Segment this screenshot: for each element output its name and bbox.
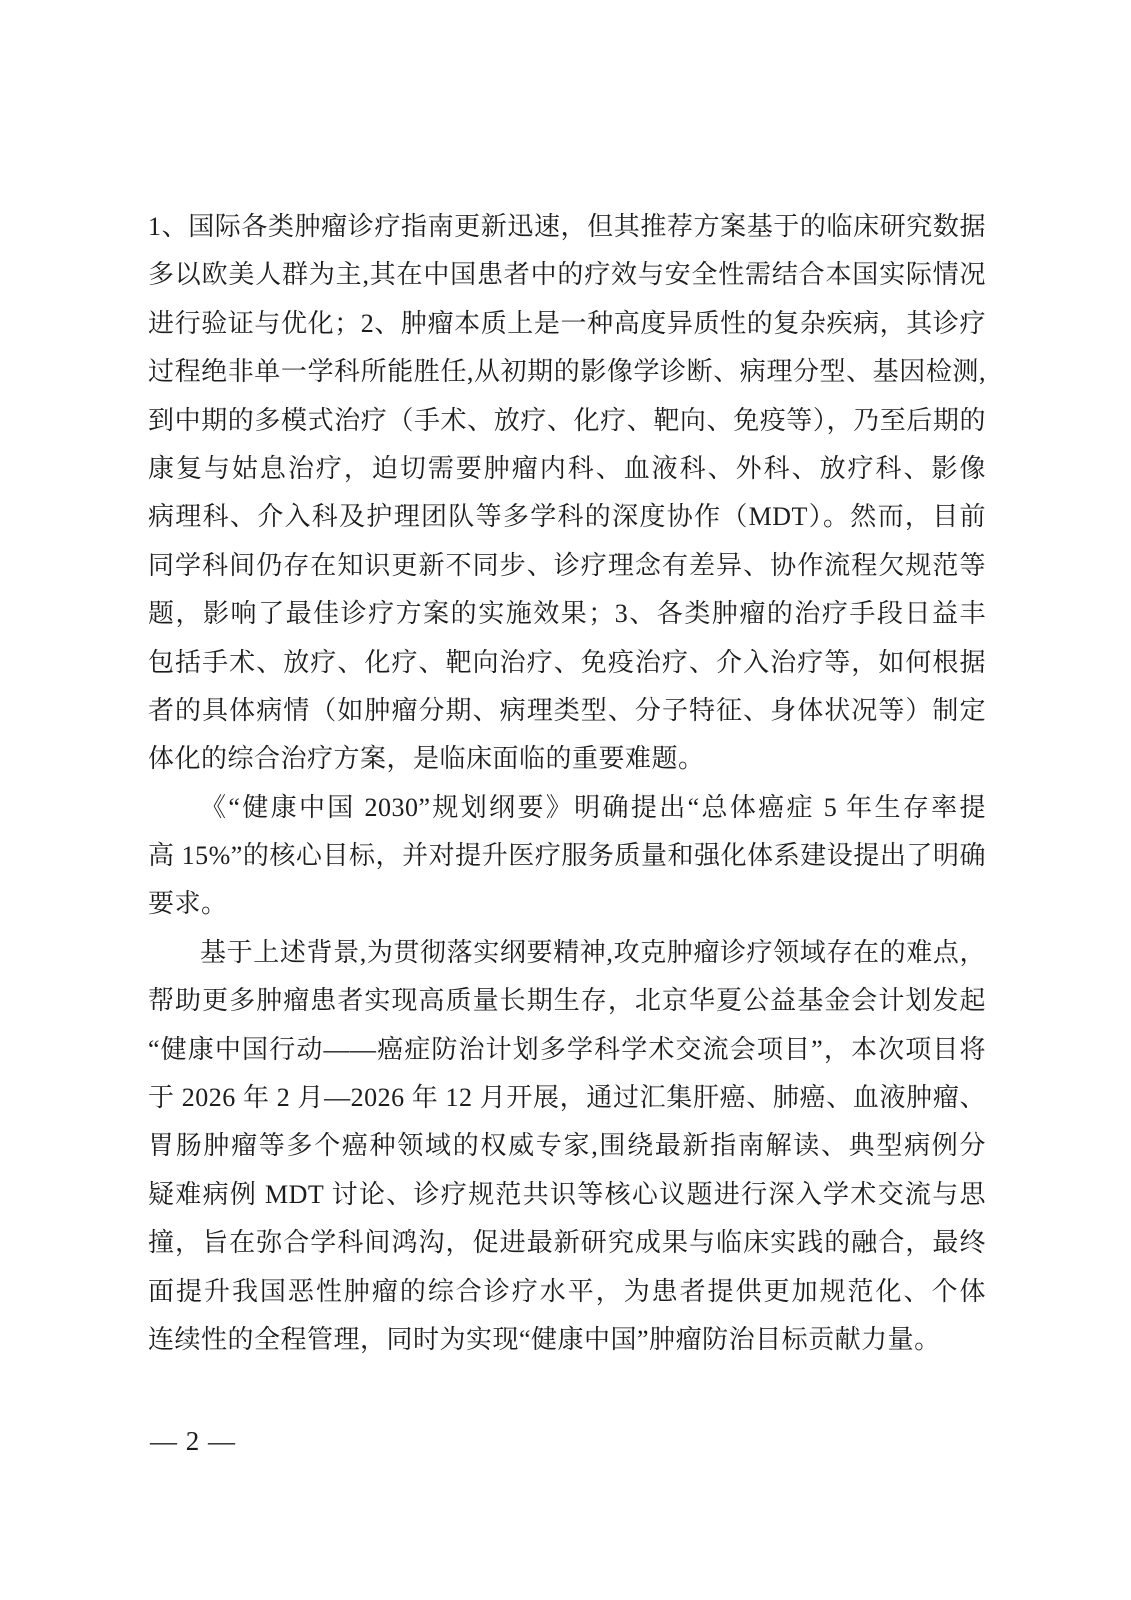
text-line: 包括手术、放疗、化疗、靶向治疗、免疫治疗、介入治疗等，如何根据患 [148,639,986,687]
paragraph-1: 1、国际各类肿瘤诊疗指南更新迅速，但其推荐方案基于的临床研究数据 多以欧美人群为… [148,203,986,784]
text-line: 连续性的全程管理，同时为实现“健康中国”肿瘤防治目标贡献力量。 [148,1316,986,1364]
text-line: 过程绝非单一学科所能胜任,从初期的影像学诊断、病理分型、基因检测, [148,348,986,396]
text-line: 基于上述背景,为贯彻落实纲要精神,攻克肿瘤诊疗领域存在的难点， [148,929,986,977]
document-page: 1、国际各类肿瘤诊疗指南更新迅速，但其推荐方案基于的临床研究数据 多以欧美人群为… [0,0,1131,1600]
text-line: “健康中国行动——癌症防治计划多学科学术交流会项目”，本次项目将 [148,1026,986,1074]
text-line: 疑难病例 MDT 讨论、诊疗规范共识等核心议题进行深入学术交流与思维碰 [148,1171,986,1219]
text-line: 要求。 [148,880,986,928]
text-line: 1、国际各类肿瘤诊疗指南更新迅速，但其推荐方案基于的临床研究数据 [148,203,986,251]
text-line: 面提升我国恶性肿瘤的综合诊疗水平，为患者提供更加规范化、个体化、 [148,1268,986,1316]
text-line: 胃肠肿瘤等多个癌种领域的权威专家,围绕最新指南解读、典型病例分享、 [148,1122,986,1170]
text-line: 同学科间仍存在知识更新不同步、诊疗理念有差异、协作流程欠规范等问 [148,542,986,590]
text-line: 题，影响了最佳诊疗方案的实施效果；3、各类肿瘤的治疗手段日益丰富， [148,590,986,638]
text-line: 体化的综合治疗方案，是临床面临的重要难题。 [148,735,986,783]
text-line: 帮助更多肿瘤患者实现高质量长期生存，北京华夏公益基金会计划发起 [148,977,986,1025]
text-line: 病理科、介入科及护理团队等多学科的深度协作（MDT）。然而，目前不 [148,493,986,541]
paragraph-2: 《“健康中国 2030”规划纲要》明确提出“总体癌症 5 年生存率提 高 15%… [148,784,986,929]
text-line: 撞，旨在弥合学科间鸿沟，促进最新研究成果与临床实践的融合，最终全 [148,1219,986,1267]
text-line: 高 15%”的核心目标，并对提升医疗服务质量和强化体系建设提出了明确 [148,832,986,880]
text-line: 者的具体病情（如肿瘤分期、病理类型、分子特征、身体状况等）制定个 [148,687,986,735]
text-line: 进行验证与优化；2、肿瘤本质上是一种高度异质性的复杂疾病，其诊疗 [148,300,986,348]
text-line: 于 2026 年 2 月—2026 年 12 月开展，通过汇集肝癌、肺癌、血液肿… [148,1074,986,1122]
document-body: 1、国际各类肿瘤诊疗指南更新迅速，但其推荐方案基于的临床研究数据 多以欧美人群为… [148,203,986,1364]
text-line: 多以欧美人群为主,其在中国患者中的疗效与安全性需结合本国实际情况 [148,251,986,299]
page-number: — 2 — [150,1417,236,1465]
paragraph-3: 基于上述背景,为贯彻落实纲要精神,攻克肿瘤诊疗领域存在的难点， 帮助更多肿瘤患者… [148,929,986,1365]
text-line: 《“健康中国 2030”规划纲要》明确提出“总体癌症 5 年生存率提 [148,784,986,832]
text-line: 到中期的多模式治疗（手术、放疗、化疗、靶向、免疫等），乃至后期的 [148,397,986,445]
text-line: 康复与姑息治疗，迫切需要肿瘤内科、血液科、外科、放疗科、影像科、 [148,445,986,493]
